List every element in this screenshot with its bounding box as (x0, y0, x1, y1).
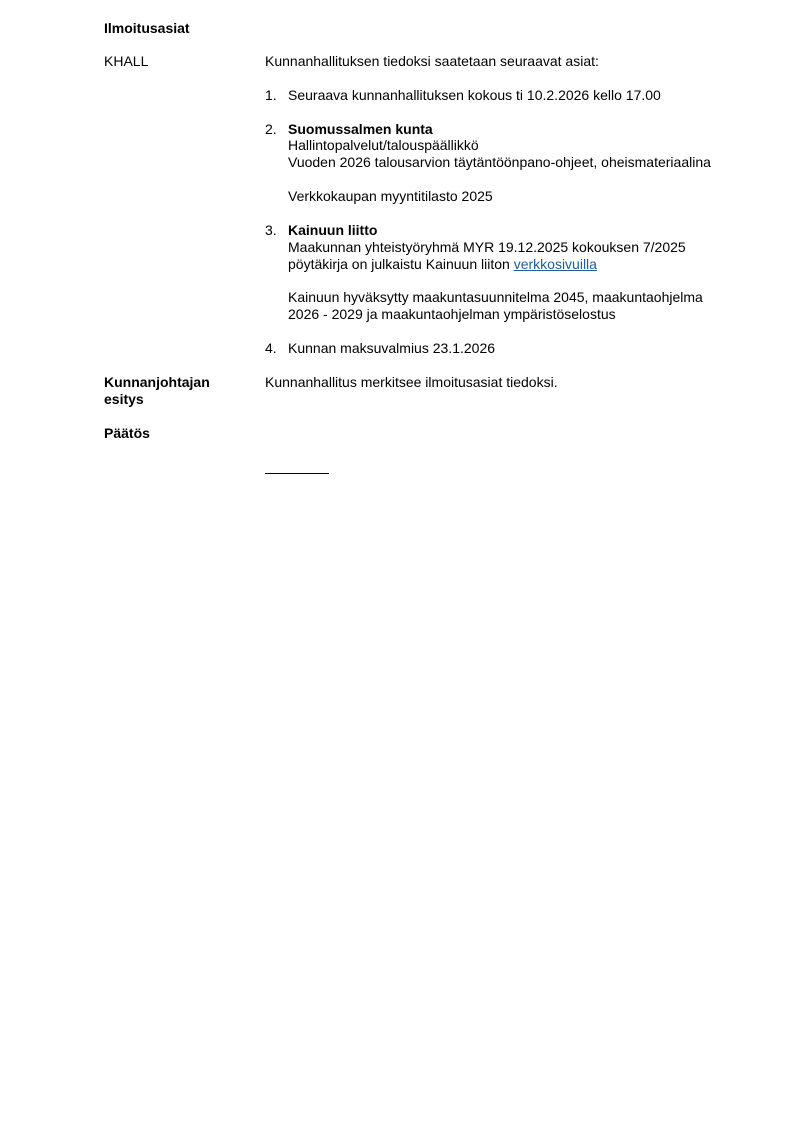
item-line: Hallintopalvelut/talouspäällikkö (288, 137, 479, 154)
item-line: pöytäkirja on julkaistu Kainuun liiton (288, 256, 514, 272)
item-title: Seuraava kunnanhallituksen kokous ti 10.… (288, 87, 661, 104)
intro-text: Kunnanhallituksen tiedoksi saatetaan seu… (265, 53, 599, 70)
item-line: Kainuun hyväksytty maakuntasuunnitelma 2… (288, 289, 703, 306)
item-line: Maakunnan yhteistyöryhmä MYR 19.12.2025 … (288, 239, 686, 256)
recipient-label: KHALL (104, 53, 148, 70)
item-line-with-link: pöytäkirja on julkaistu Kainuun liiton v… (288, 256, 597, 273)
section-title: Ilmoitusasiat (104, 20, 190, 37)
website-link[interactable]: verkkosivuilla (514, 256, 597, 272)
decision-label: Päätös (104, 425, 150, 442)
item-number: 1. (265, 87, 277, 104)
item-title: Kainuun liitto (288, 222, 377, 239)
item-number: 4. (265, 340, 277, 357)
proposal-label-cont: esitys (104, 391, 144, 408)
proposal-label: Kunnanjohtajan (104, 374, 210, 391)
decision-divider (265, 473, 329, 474)
item-line: Vuoden 2026 talousarvion täytäntöönpano-… (288, 154, 711, 171)
proposal-text: Kunnanhallitus merkitsee ilmoitusasiat t… (265, 374, 558, 391)
item-line: 2026 - 2029 ja maakuntaohjelman ympärist… (288, 306, 616, 323)
item-number: 3. (265, 222, 277, 239)
item-line: Verkkokaupan myyntitilasto 2025 (288, 188, 493, 205)
item-title: Suomussalmen kunta (288, 121, 433, 138)
item-number: 2. (265, 121, 277, 138)
item-title: Kunnan maksuvalmius 23.1.2026 (288, 340, 495, 357)
